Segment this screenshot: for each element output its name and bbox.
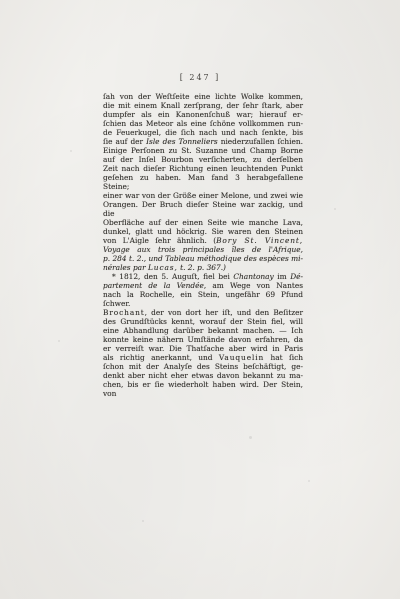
text-segment: Voyage aux trois principales îles de l'A… (103, 245, 303, 254)
scan-speck (249, 436, 252, 439)
text-line: als richtig anerkannt, und Vauquelin hat… (103, 353, 303, 362)
scan-speck (142, 520, 144, 522)
text-segment: auf der Inſel Bourbon verſicherten, zu d… (103, 155, 303, 164)
text-segment: Chantonay (233, 272, 273, 281)
text-segment: Dé- (290, 272, 303, 281)
text-line: einer war von der Größe einer Melone, un… (103, 191, 303, 200)
text-line: dunkel, glatt und höckrig. Sie waren den… (103, 227, 303, 236)
text-segment: denkt aber nicht eher etwas davon bekann… (103, 371, 303, 380)
text-segment: p. 284 t. 2., und Tableau méthodique des… (103, 254, 303, 263)
text-segment: ſah von der Weſtſeite eine lichte Wolke … (103, 92, 303, 101)
text-line: des Grundſtücks kennt, worauf der Stein … (103, 317, 303, 326)
text-line: Orangen. Der Bruch dieſer Steine war zac… (103, 200, 303, 218)
text-line: ſah von der Weſtſeite eine lichte Wolke … (103, 92, 303, 101)
text-segment: , der von dort her iſt, und den Beſitzer (145, 308, 303, 317)
text-segment: Isle des Tonneliers (146, 137, 218, 146)
text-line: Einige Perſonen zu St. Suzanne und Champ… (103, 146, 303, 155)
text-segment: t. 2. p. 367.) (178, 263, 226, 272)
text-line: chen, bis er ſie wiederholt haben wird. … (103, 380, 303, 398)
text-segment: geſehen zu haben. Man fand 3 herabgefall… (103, 173, 303, 191)
text-line: Voyage aux trois principales îles de l'A… (103, 245, 303, 254)
text-segment: ſchon mit der Analyſe des Steins beſchäf… (103, 362, 303, 371)
text-line: er verreiſt war. Die Thatſache aber wird… (103, 344, 303, 353)
text-segment: Einige Perſonen zu St. Suzanne und Champ… (103, 146, 303, 155)
text-segment: nach la Rochelle, ein Stein, ungefähr 69… (103, 290, 303, 308)
text-line: * 1812, den 5. Auguſt, fiel bei Chantona… (103, 272, 303, 281)
text-line: ſchon mit der Analyſe des Steins beſchäf… (103, 362, 303, 371)
text-segment: Zeit nach dieſer Richtung einen leuchten… (103, 164, 303, 173)
text-line: ſie auf der Isle des Tonneliers niederzu… (103, 137, 303, 146)
text-line: die mit einem Knall zerſprang, der ſehr … (103, 101, 303, 110)
text-line: dumpfer als ein Kanonenſchuß war; hierau… (103, 110, 303, 119)
text-line: de Feuerkugel, die ſich nach und nach ſe… (103, 128, 303, 137)
text-segment: ſie auf der (103, 137, 146, 146)
text-line: eine Abhandlung darüber bekannt machen. … (103, 326, 303, 335)
text-segment: partement de la Vendée (103, 281, 204, 290)
text-segment: die mit einem Knall zerſprang, der ſehr … (103, 101, 303, 110)
paragraph: ſah von der Weſtſeite eine lichte Wolke … (103, 92, 303, 272)
text-line: auf der Inſel Bourbon verſicherten, zu d… (103, 155, 303, 164)
text-line: Zeit nach dieſer Richtung einen leuchten… (103, 164, 303, 173)
scan-speck (308, 480, 310, 482)
text-segment: ſchien das Meteor als eine ſchöne vollko… (103, 119, 303, 128)
text-line: nach la Rochelle, ein Stein, ungefähr 69… (103, 290, 303, 308)
text-line: denkt aber nicht eher etwas davon bekann… (103, 371, 303, 380)
text-line: p. 284 t. 2., und Tableau méthodique des… (103, 254, 303, 263)
scan-speck (334, 208, 336, 210)
text-segment: Orangen. Der Bruch dieſer Steine war zac… (103, 200, 303, 218)
text-line: Oberfläche auf der einen Seite wie manch… (103, 218, 303, 227)
text-segment: konnte keine nähern Umſtände davon erfah… (103, 335, 303, 344)
text-segment: Vauquelin (219, 353, 264, 362)
text-segment: hat ſich (264, 353, 303, 362)
text-segment: nérales par (103, 263, 148, 272)
text-segment: Oberfläche auf der einen Seite wie manch… (103, 218, 303, 227)
text-segment: im (274, 272, 290, 281)
text-segment: des Grundſtücks kennt, worauf der Stein … (103, 317, 303, 326)
text-segment: * 1812, den 5. Auguſt, fiel bei (112, 272, 233, 281)
text-segment: er verreiſt war. Die Thatſache aber wird… (103, 344, 303, 353)
scanned-book-page: { "page": { "header": "[ 247 ]", "ink_co… (0, 0, 400, 599)
text-segment: einer war von der Größe einer Melone, un… (103, 191, 303, 200)
text-line: partement de la Vendée, am Wege von Nant… (103, 281, 303, 290)
page-number: [ 247 ] (0, 73, 400, 82)
text-line: nérales par Lucas, t. 2. p. 367.) (103, 263, 303, 272)
text-segment: dunkel, glatt und höckrig. Sie waren den… (103, 227, 303, 236)
text-segment: Lucas, (148, 263, 178, 272)
text-segment: de Feuerkugel, die ſich nach und nach ſe… (103, 128, 303, 137)
scan-speck (58, 340, 60, 342)
text-line: Brochant, der von dort her iſt, und den … (103, 308, 303, 317)
text-segment: Bory St. Vincent, (216, 236, 303, 245)
text-segment: dumpfer als ein Kanonenſchuß war; hierau… (103, 110, 303, 119)
text-segment: als richtig anerkannt, und (103, 353, 219, 362)
text-segment: Brochant (103, 308, 145, 317)
text-line: konnte keine nähern Umſtände davon erfah… (103, 335, 303, 344)
text-line: von L'Aigle ſehr ähnlich. (Bory St. Vinc… (103, 236, 303, 245)
text-segment: , am Wege von Nantes (204, 281, 303, 290)
text-segment: von L'Aigle ſehr ähnlich. ( (103, 236, 216, 245)
scan-speck (70, 150, 72, 152)
paragraph: * 1812, den 5. Auguſt, fiel bei Chantona… (103, 272, 303, 398)
text-segment: niederzufallen ſchien. (218, 137, 303, 146)
text-line: geſehen zu haben. Man fand 3 herabgefall… (103, 173, 303, 191)
text-segment: chen, bis er ſie wiederholt haben wird. … (103, 380, 303, 398)
text-line: ſchien das Meteor als eine ſchöne vollko… (103, 119, 303, 128)
text-segment: eine Abhandlung darüber bekannt machen. … (103, 326, 303, 335)
text-block: ſah von der Weſtſeite eine lichte Wolke … (103, 92, 303, 398)
